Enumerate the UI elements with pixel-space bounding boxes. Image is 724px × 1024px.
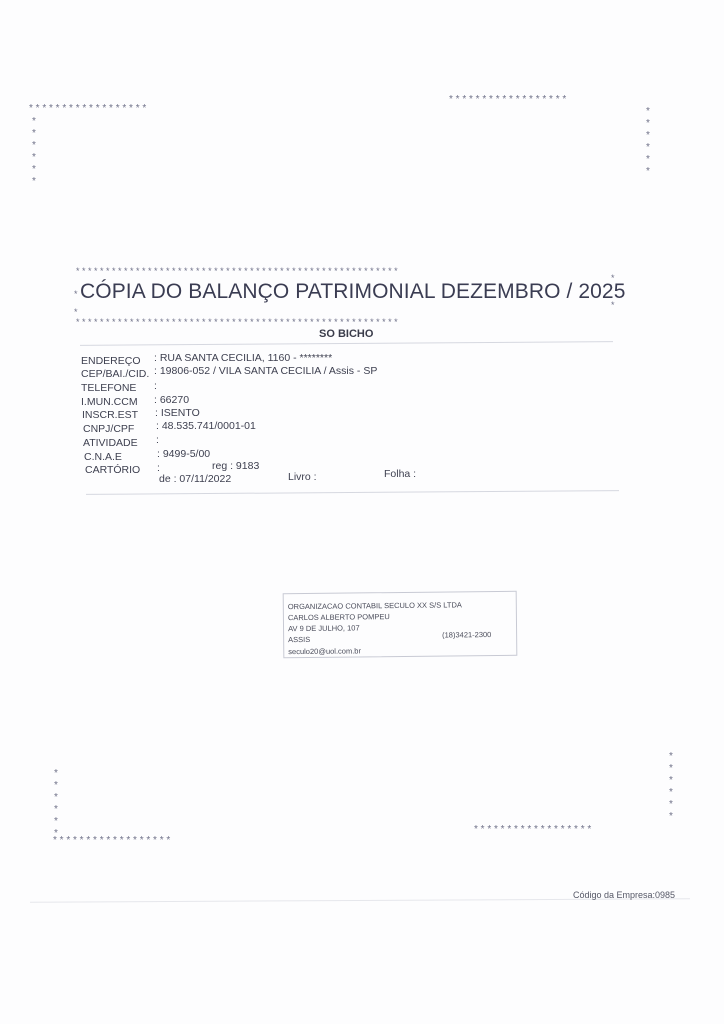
value-cnpj: : 48.535.741/0001-01	[156, 420, 256, 432]
label-atividade: ATIVIDADE	[83, 437, 138, 449]
accountant-firm: ORGANIZACAO CONTABIL SECULO XX S/S LTDA	[288, 600, 462, 611]
star-border-bottom-right-v: ******	[666, 751, 676, 823]
value-atividade: :	[156, 434, 159, 446]
star-border-top-left-v: ******	[29, 116, 39, 188]
label-cnae: C.N.A.E	[84, 451, 122, 463]
accountant-name: CARLOS ALBERTO POMPEU	[288, 612, 390, 622]
label-telefone: TELEFONE	[81, 382, 136, 394]
label-cnpj: CNPJ/CPF	[83, 423, 134, 435]
label-cep: CEP/BAI./CID.	[81, 368, 149, 380]
title-star-border-bottom: * * * * * * * * * * * * * * * * * * * * …	[76, 318, 398, 327]
value-ccm: : 66270	[154, 394, 189, 406]
star-border-top-left-h: * * * * * * * * * * * * * * * * * *	[29, 104, 146, 114]
value-cnae: : 9499-5/00	[157, 448, 210, 460]
label-ccm: I.MUN.CCM	[81, 396, 138, 408]
accountant-box: ORGANIZACAO CONTABIL SECULO XX S/S LTDA …	[283, 591, 518, 658]
star-border-bottom-left-v: ******	[51, 768, 61, 840]
accountant-phone: (18)3421-2300	[442, 630, 491, 640]
divider-bottom	[86, 490, 619, 495]
divider-top	[80, 341, 613, 346]
value-inscr-est: : ISENTO	[155, 407, 200, 419]
star-border-bottom-left-h: * * * * * * * * * * * * * * * * * *	[53, 836, 170, 846]
star-border-bottom-right-h: * * * * * * * * * * * * * * * * * *	[474, 825, 591, 835]
company-code: Código da Empresa:0985	[573, 890, 675, 900]
accountant-city: ASSIS	[288, 635, 310, 644]
cartorio-reg: reg : 9183	[212, 460, 259, 472]
label-endereco: ENDEREÇO	[81, 355, 141, 367]
value-telefone: :	[154, 380, 157, 392]
company-name: SO BICHO	[319, 328, 373, 340]
document-title: CÓPIA DO BALANÇO PATRIMONIAL DEZEMBRO / …	[80, 280, 625, 304]
cartorio-date: de : 07/11/2022	[159, 473, 231, 485]
label-inscr-est: INSCR.EST	[82, 409, 138, 421]
value-endereco: : RUA SANTA CECILIA, 1160 - ********	[154, 352, 332, 364]
cartorio-folha: Folha :	[384, 468, 416, 480]
title-star-left: **	[74, 290, 78, 317]
label-cartorio: CARTÓRIO	[85, 464, 140, 476]
star-border-top-right-v: ******	[643, 106, 653, 178]
value-cep: : 19806-052 / VILA SANTA CECILIA / Assis…	[154, 365, 377, 377]
accountant-email: seculo20@uol.com.br	[288, 646, 361, 656]
cartorio-livro: Livro :	[288, 471, 317, 483]
star-border-top-right-h: * * * * * * * * * * * * * * * * * *	[449, 95, 566, 105]
title-star-border-top: * * * * * * * * * * * * * * * * * * * * …	[76, 267, 398, 276]
accountant-address: AV 9 DE JULHO, 107	[288, 623, 360, 633]
